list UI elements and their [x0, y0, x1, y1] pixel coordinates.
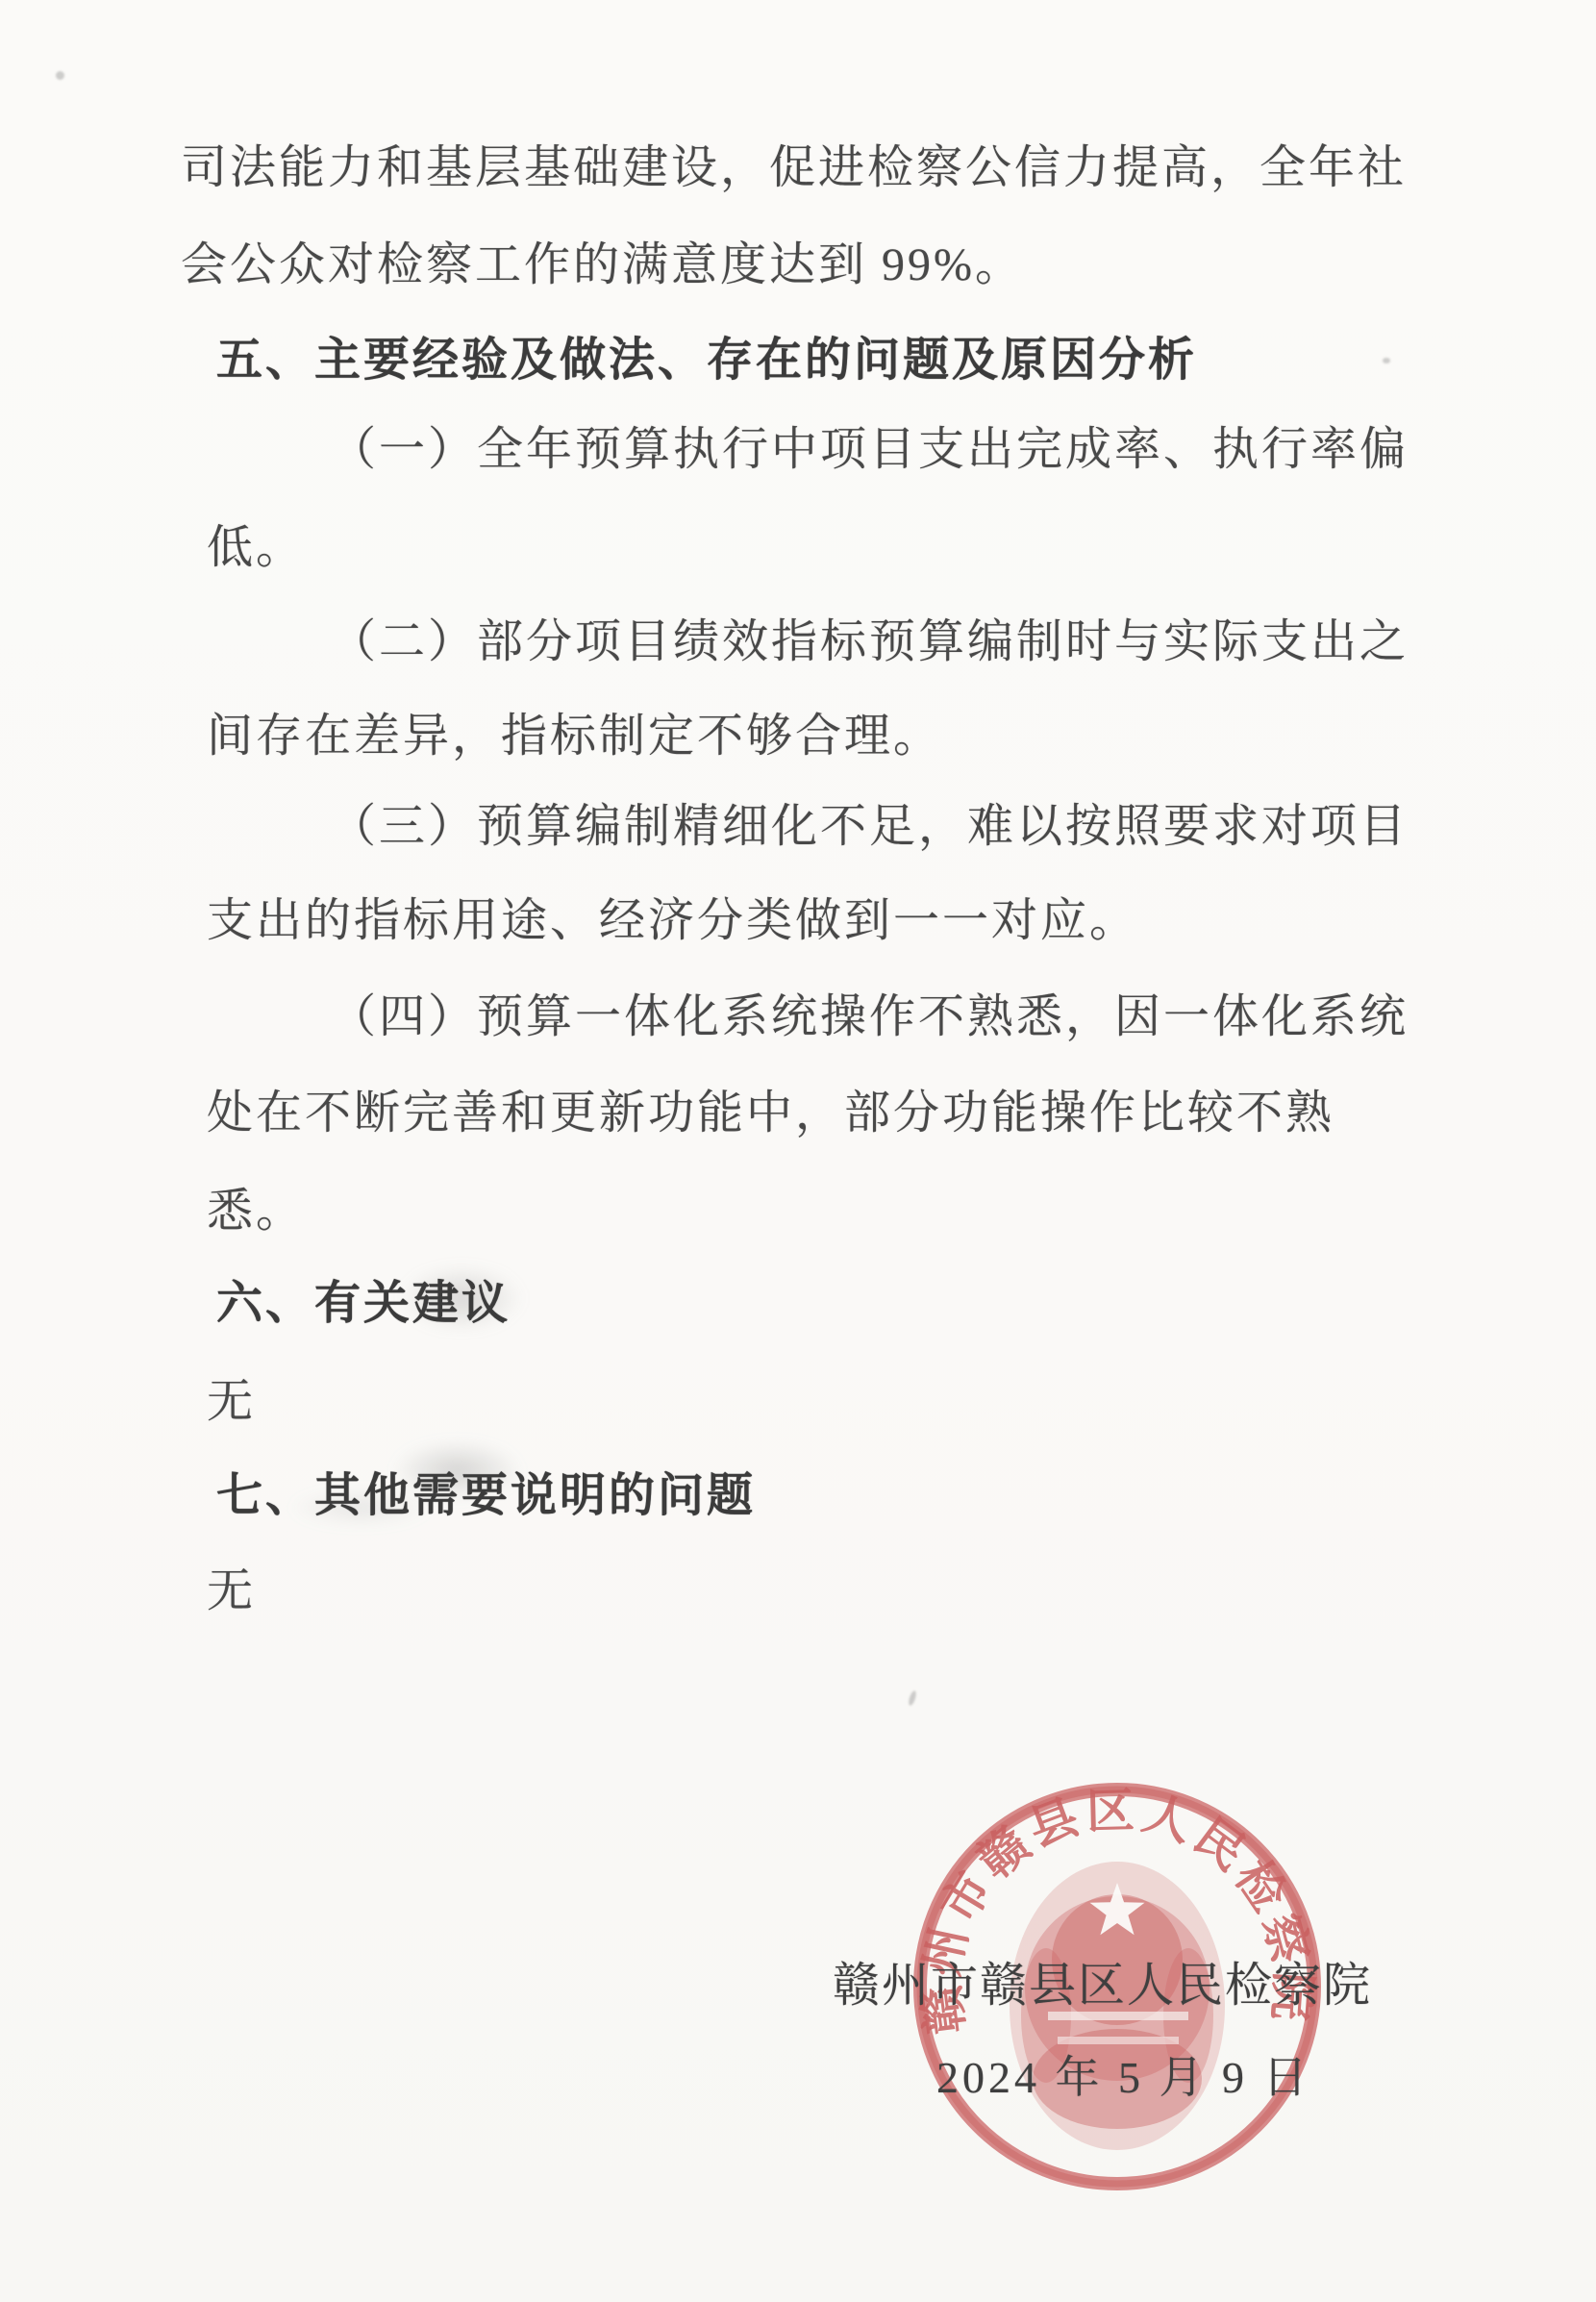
signature-date: 2024 年 5 月 9 日: [936, 2042, 1311, 2106]
doc-line: 处在不断完善和更新功能中，部分功能操作比较不熟: [207, 1087, 1334, 1139]
doc-line: 司法能力和基层基础建设，促进检察公信力提高，全年社: [181, 141, 1407, 194]
doc-line: （二）部分项目绩效指标预算编制时与实际支出之: [330, 615, 1409, 668]
doc-heading-5: 五、主要经验及做法、存在的问题及原因分析: [216, 334, 1197, 387]
doc-line: 低。: [207, 521, 305, 574]
doc-heading-7: 七、其他需要说明的问题: [216, 1469, 756, 1522]
signature-org: 赣州市赣县区人民检察院: [833, 1948, 1372, 2015]
doc-line: 无: [207, 1375, 256, 1428]
doc-line: （一）全年预算执行中项目支出完成率、执行率偏: [330, 423, 1409, 476]
document-text-layer: 司法能力和基层基础建设，促进检察公信力提高，全年社 会公众对检察工作的满意度达到…: [0, 0, 1596, 2302]
doc-line: 会公众对检察工作的满意度达到 99%。: [181, 238, 1024, 291]
doc-line: 间存在差异，指标制定不够合理。: [207, 710, 942, 763]
doc-line: （四）预算一体化系统操作不熟悉，因一体化系统: [330, 990, 1409, 1043]
doc-line: （三）预算编制精细化不足，难以按照要求对项目: [330, 800, 1409, 853]
doc-line: 无: [207, 1564, 256, 1617]
scanned-document-page: 赣州市赣县区人民检察院 司法能力和基层基础建设，促进检察公信力提高，全年社 会公…: [0, 0, 1596, 2302]
doc-line: 支出的指标用途、经济分类做到一一对应。: [207, 894, 1138, 947]
doc-line: 悉。: [207, 1185, 305, 1238]
doc-heading-6: 六、有关建议: [216, 1277, 511, 1330]
